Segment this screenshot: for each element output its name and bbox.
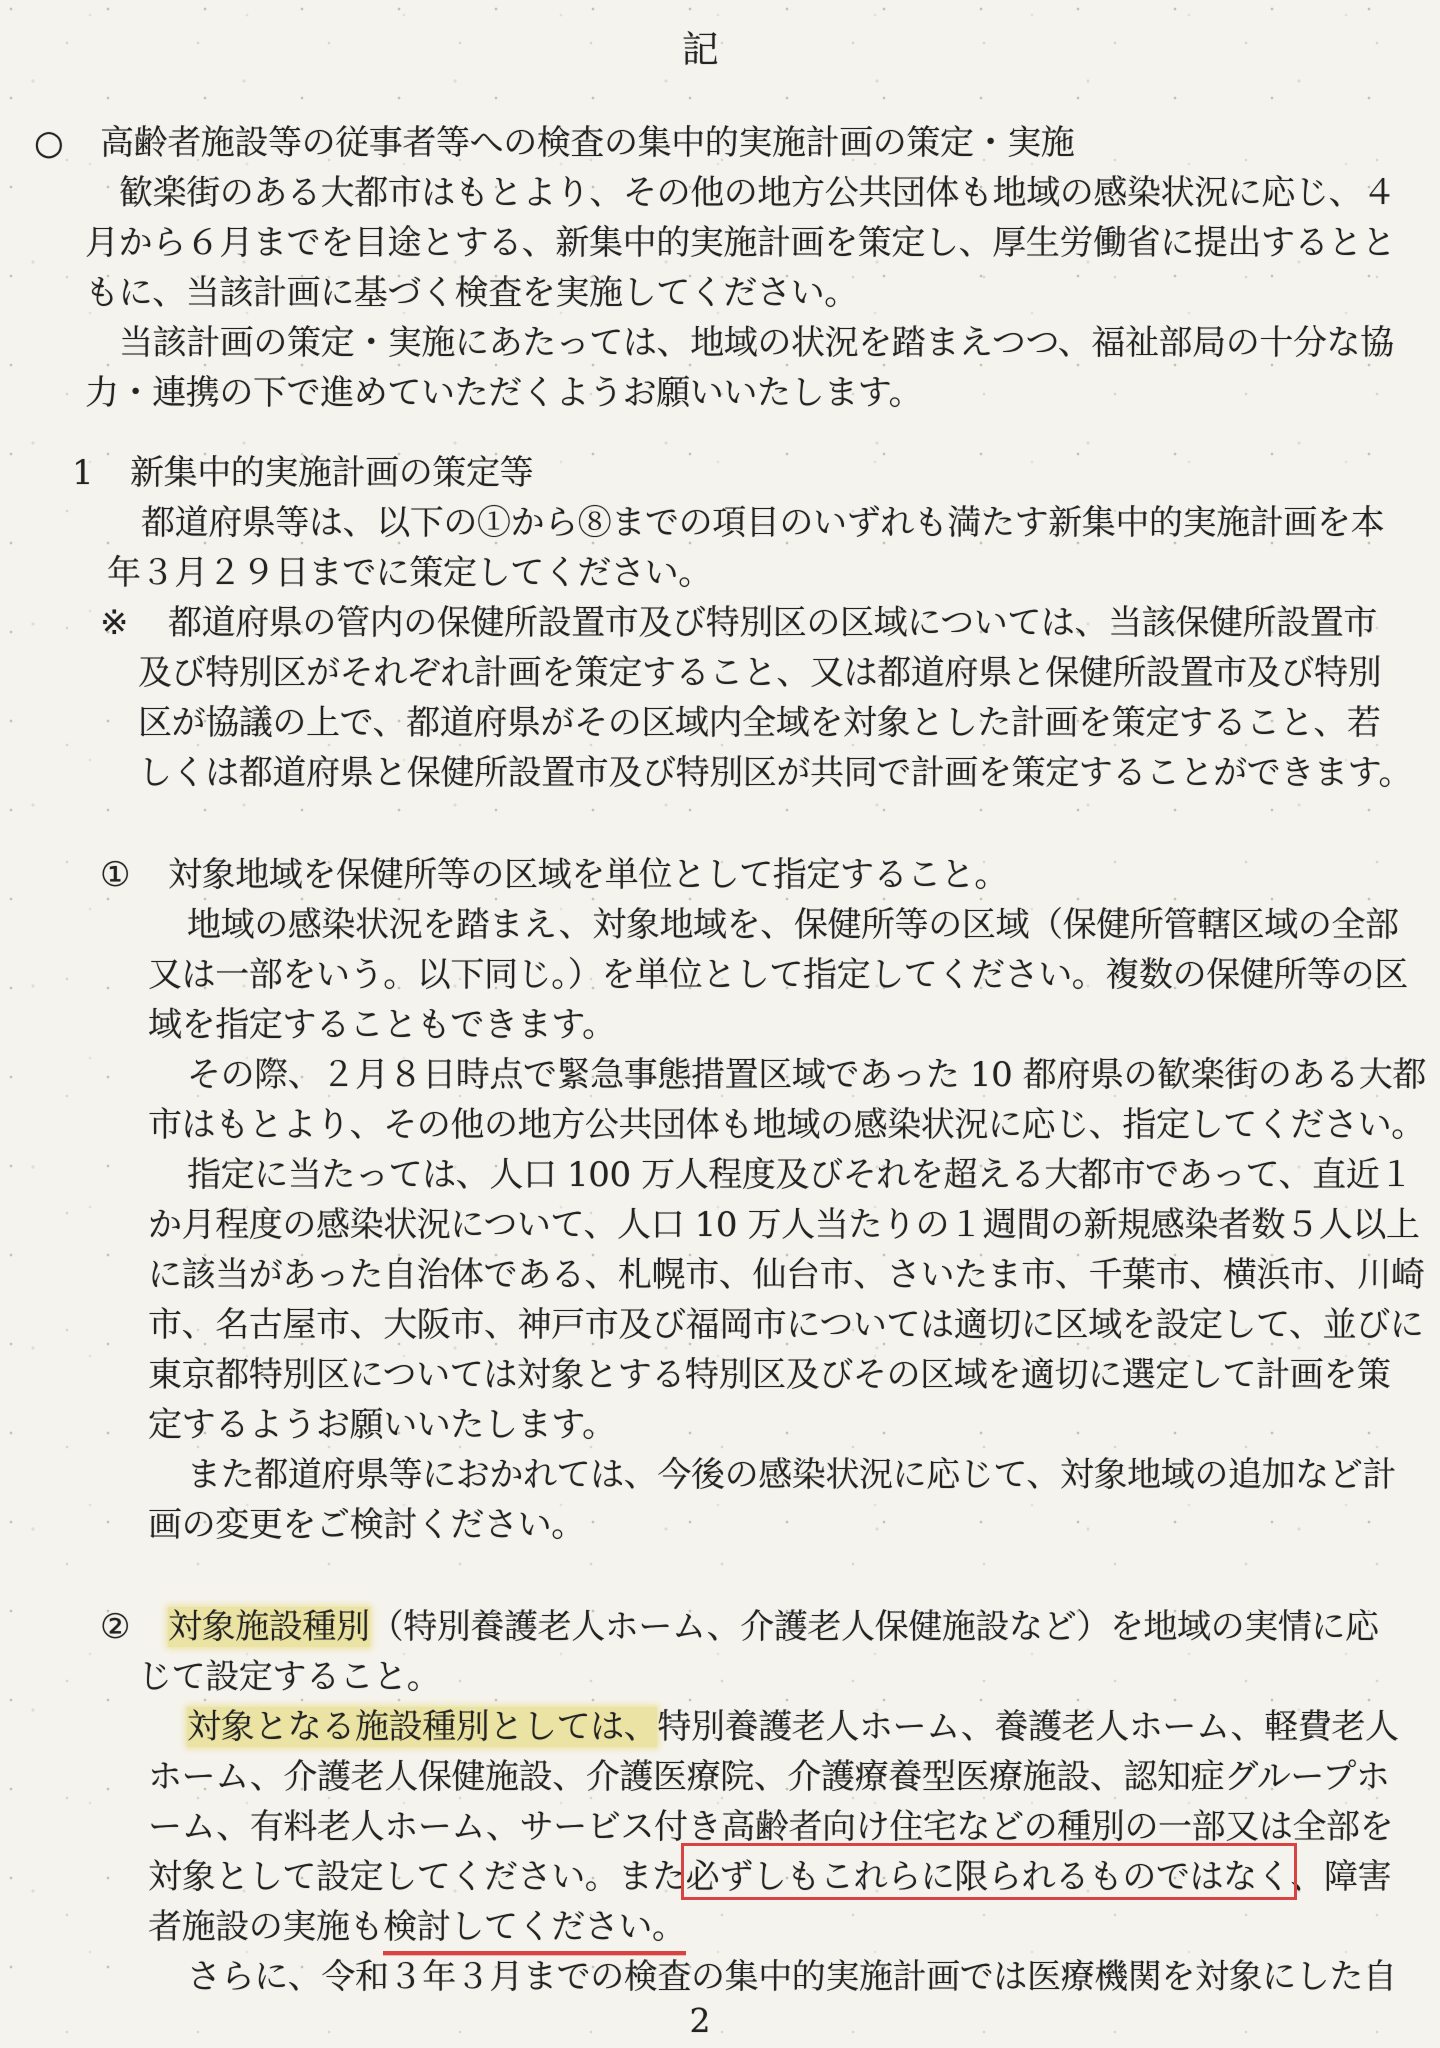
red-annotation-box: 必ずしもこれらに限られるものではなく bbox=[686, 1857, 1291, 1897]
text-line: 定するようお願いいたします。 bbox=[0, 1400, 1440, 1450]
paragraph-facility-type-list: 対象となる施設種別としては、特別養護老人ホーム、養護老人ホーム、軽費老人ホーム、… bbox=[0, 1702, 1440, 1952]
document-body: 記○高齢者施設等の従事者等への検査の集中的実施計画の策定・実施歓楽街のある大都市… bbox=[0, 0, 1440, 2002]
paragraph-welfare-cooperation: 当該計画の策定・実施にあたっては、地域の状況を踏まえつつ、福祉部局の十分な協力・… bbox=[0, 318, 1440, 418]
text-line: 歓楽街のある大都市はもとより、その他の地方公共団体も地域の感染状況に応じ、４ bbox=[0, 168, 1440, 218]
text-segment: 地域の感染状況を踏まえ、対象地域を、保健所等の区域（保健所管轄区域の全部 bbox=[187, 905, 1399, 945]
text-line: か月程度の感染状況について、人口 10 万人当たりの１週間の新規感染者数５人以上 bbox=[0, 1200, 1440, 1250]
section-heading-1: 1新集中的実施計画の策定等 bbox=[0, 448, 1440, 498]
text-segment: 、障害 bbox=[1290, 1857, 1391, 1897]
text-line: 市、名古屋市、大阪市、神戸市及び福岡市については適切に区域を設定して、並びに bbox=[0, 1300, 1440, 1350]
text-segment: （特別養護老人ホーム、介護老人保健施設など）を地域の実情に応 bbox=[370, 1607, 1379, 1647]
item-2-facility-types: ②対象施設種別（特別養護老人ホーム、介護老人保健施設など）を地域の実情に応じて設… bbox=[0, 1602, 1440, 1702]
text-line: さらに、令和３年３月までの検査の集中的実施計画では医療機関を対象にした自 bbox=[0, 1952, 1440, 2002]
note-hokensho-settchi-shi: ※都道府県の管内の保健所設置市及び特別区の区域については、当該保健所設置市及び特… bbox=[0, 598, 1440, 798]
text-line: 対象地域を保健所等の区域を単位として指定すること。 bbox=[0, 850, 1440, 900]
text-segment: しくは都道府県と保健所設置市及び特別区が共同で計画を策定することができます。 bbox=[138, 753, 1412, 793]
text-line: 又は一部をいう。以下同じ。）を単位として指定してください。複数の保健所等の区 bbox=[0, 950, 1440, 1000]
text-segment: 者施設の実施も bbox=[148, 1907, 383, 1947]
text-line: 区が協議の上で、都道府県がその区域内全域を対象とした計画を策定すること、若 bbox=[0, 698, 1440, 748]
text-segment: もに、当該計画に基づく検査を実施してください。 bbox=[85, 273, 858, 313]
red-underline: 検討してください。 bbox=[383, 1907, 685, 1955]
text-segment: か月程度の感染状況について、人口 10 万人当たりの１週間の新規感染者数５人以上 bbox=[148, 1205, 1420, 1245]
list-marker: ○ bbox=[34, 118, 64, 168]
text-segment: 記 bbox=[682, 28, 719, 71]
text-line: じて設定すること。 bbox=[0, 1652, 1440, 1702]
text-segment: 都道府県等は、以下の①から⑧までの項目のいずれも満たす新集中的実施計画を本 bbox=[141, 503, 1384, 543]
text-line: 高齢者施設等の従事者等への検査の集中的実施計画の策定・実施 bbox=[0, 118, 1440, 168]
text-line: 対象となる施設種別としては、特別養護老人ホーム、養護老人ホーム、軽費老人 bbox=[0, 1702, 1440, 1752]
list-marker: ※ bbox=[100, 598, 129, 648]
text-line: しくは都道府県と保健所設置市及び特別区が共同で計画を策定することができます。 bbox=[0, 748, 1440, 798]
text-line: 記 bbox=[0, 22, 1400, 78]
text-line: 都道府県等は、以下の①から⑧までの項目のいずれも満たす新集中的実施計画を本 bbox=[0, 498, 1440, 548]
list-marker: 1 bbox=[72, 448, 94, 498]
item-elderly-facility-testing-plan: ○高齢者施設等の従事者等への検査の集中的実施計画の策定・実施 bbox=[0, 118, 1440, 168]
text-line: 力・連携の下で進めていただくようお願いいたします。 bbox=[0, 368, 1440, 418]
text-segment: 市はもとより、その他の地方公共団体も地域の感染状況に応じ、指定してください。 bbox=[148, 1105, 1425, 1145]
text-segment: 東京都特別区については対象とする特別区及びその区域を適切に選定して計画を策 bbox=[148, 1355, 1391, 1395]
text-segment: 市、名古屋市、大阪市、神戸市及び福岡市については適切に区域を設定して、並びに bbox=[148, 1305, 1423, 1345]
paragraph-plan-submission: 歓楽街のある大都市はもとより、その他の地方公共団体も地域の感染状況に応じ、４月か… bbox=[0, 168, 1440, 318]
list-marker: ① bbox=[100, 850, 130, 900]
text-segment: その際、２月８日時点で緊急事態措置区域であった 10 都府県の歓楽街のある大都 bbox=[187, 1055, 1426, 1095]
text-line: 新集中的実施計画の策定等 bbox=[0, 448, 1440, 498]
text-segment: 域を指定することもできます。 bbox=[148, 1005, 616, 1045]
text-segment: ホーム、介護老人保健施設、介護医療院、介護療養型医療施設、認知症グループホ bbox=[148, 1757, 1390, 1797]
text-line: 都道府県の管内の保健所設置市及び特別区の区域については、当該保健所設置市 bbox=[0, 598, 1440, 648]
text-segment: さらに、令和３年３月までの検査の集中的実施計画では医療機関を対象にした自 bbox=[187, 1957, 1397, 1997]
text-segment: 当該計画の策定・実施にあたっては、地域の状況を踏まえつつ、福祉部局の十分な協 bbox=[119, 323, 1394, 363]
paragraph-plan-changes: また都道府県等におかれては、今後の感染状況に応じて、対象地域の追加など計画の変更… bbox=[0, 1450, 1440, 1550]
text-line: 及び特別区がそれぞれ計画を策定すること、又は都道府県と保健所設置市及び特別 bbox=[0, 648, 1440, 698]
text-line: 当該計画の策定・実施にあたっては、地域の状況を踏まえつつ、福祉部局の十分な協 bbox=[0, 318, 1440, 368]
scanned-document-page: { "page": { "title_mark": "記", "number":… bbox=[0, 0, 1440, 2048]
paragraph-emergency-prefectures: その際、２月８日時点で緊急事態措置区域であった 10 都府県の歓楽街のある大都市… bbox=[0, 1050, 1440, 1150]
page-heading-ki: 記 bbox=[0, 22, 1440, 78]
text-line: ーム、有料老人ホーム、サービス付き高齢者向け住宅などの種別の一部又は全部を bbox=[0, 1802, 1440, 1852]
text-line: 地域の感染状況を踏まえ、対象地域を、保健所等の区域（保健所管轄区域の全部 bbox=[0, 900, 1440, 950]
page-number: 2 bbox=[0, 2001, 1400, 2040]
text-segment: 月から６月までを目途とする、新集中的実施計画を策定し、厚生労働省に提出するとと bbox=[85, 223, 1395, 263]
paragraph-area-units: 地域の感染状況を踏まえ、対象地域を、保健所等の区域（保健所管轄区域の全部又は一部… bbox=[0, 900, 1440, 1050]
text-segment: 定するようお願いいたします。 bbox=[148, 1405, 616, 1445]
paragraph-medical-institutions: さらに、令和３年３月までの検査の集中的実施計画では医療機関を対象にした自 bbox=[0, 1952, 1440, 2002]
text-line: 対象施設種別（特別養護老人ホーム、介護老人保健施設など）を地域の実情に応 bbox=[0, 1602, 1440, 1652]
text-segment: に該当があった自治体である、札幌市、仙台市、さいたま市、千葉市、横浜市、川崎 bbox=[148, 1255, 1424, 1295]
item-1-target-area: ①対象地域を保健所等の区域を単位として指定すること。 bbox=[0, 850, 1440, 900]
text-line: 者施設の実施も検討してください。 bbox=[0, 1902, 1440, 1952]
text-segment: 対象地域を保健所等の区域を単位として指定すること。 bbox=[168, 855, 1008, 895]
text-segment: じて設定すること。 bbox=[138, 1657, 440, 1697]
text-segment: 画の変更をご検討ください。 bbox=[148, 1505, 585, 1545]
text-segment: 歓楽街のある大都市はもとより、その他の地方公共団体も地域の感染状況に応じ、４ bbox=[119, 173, 1396, 213]
text-segment: 区が協議の上で、都道府県がその区域内全域を対象とした計画を策定すること、若 bbox=[138, 703, 1381, 743]
text-segment: 新集中的実施計画の策定等 bbox=[130, 453, 533, 493]
text-line: 市はもとより、その他の地方公共団体も地域の感染状況に応じ、指定してください。 bbox=[0, 1100, 1440, 1150]
text-segment: 指定に当たっては、人口 100 万人程度及びそれを超える大都市であって、直近１ bbox=[187, 1155, 1413, 1195]
text-segment: 都道府県の管内の保健所設置市及び特別区の区域については、当該保健所設置市 bbox=[168, 603, 1377, 643]
text-segment: 年３月２９日までに策定してください。 bbox=[107, 553, 712, 593]
text-line: もに、当該計画に基づく検査を実施してください。 bbox=[0, 268, 1440, 318]
text-segment: 高齢者施設等の従事者等への検査の集中的実施計画の策定・実施 bbox=[100, 123, 1074, 163]
text-segment: ーム、有料老人ホーム、サービス付き高齢者向け住宅などの種別の一部又は全部を bbox=[148, 1807, 1393, 1847]
text-line: 指定に当たっては、人口 100 万人程度及びそれを超える大都市であって、直近１ bbox=[0, 1150, 1440, 1200]
text-segment: 対象として設定してください。また bbox=[148, 1857, 686, 1897]
text-line: 月から６月までを目途とする、新集中的実施計画を策定し、厚生労働省に提出するとと bbox=[0, 218, 1440, 268]
text-line: また都道府県等におかれては、今後の感染状況に応じて、対象地域の追加など計 bbox=[0, 1450, 1440, 1500]
paragraph-deadline: 都道府県等は、以下の①から⑧までの項目のいずれも満たす新集中的実施計画を本年３月… bbox=[0, 498, 1440, 598]
text-segment: 又は一部をいう。以下同じ。）を単位として指定してください。複数の保健所等の区 bbox=[148, 955, 1408, 995]
text-line: 画の変更をご検討ください。 bbox=[0, 1500, 1440, 1550]
text-segment: また都道府県等におかれては、今後の感染状況に応じて、対象地域の追加など計 bbox=[187, 1455, 1396, 1495]
text-line: その際、２月８日時点で緊急事態措置区域であった 10 都府県の歓楽街のある大都 bbox=[0, 1050, 1440, 1100]
list-marker: ② bbox=[100, 1602, 130, 1652]
text-line: ホーム、介護老人保健施設、介護医療院、介護療養型医療施設、認知症グループホ bbox=[0, 1752, 1440, 1802]
text-segment: 特別養護老人ホーム、養護老人ホーム、軽費老人 bbox=[657, 1707, 1398, 1747]
text-line: に該当があった自治体である、札幌市、仙台市、さいたま市、千葉市、横浜市、川崎 bbox=[0, 1250, 1440, 1300]
yellow-highlight: 対象施設種別 bbox=[168, 1607, 370, 1647]
text-line: 年３月２９日までに策定してください。 bbox=[0, 548, 1440, 598]
text-segment: 力・連携の下で進めていただくようお願いいたします。 bbox=[85, 373, 922, 413]
text-line: 東京都特別区については対象とする特別区及びその区域を適切に選定して計画を策 bbox=[0, 1350, 1440, 1400]
yellow-highlight: 対象となる施設種別としては、 bbox=[187, 1707, 657, 1747]
text-line: 対象として設定してください。また必ずしもこれらに限られるものではなく、障害 bbox=[0, 1852, 1440, 1902]
text-segment: 及び特別区がそれぞれ計画を策定すること、又は都道府県と保健所設置市及び特別 bbox=[138, 653, 1381, 693]
paragraph-designated-cities: 指定に当たっては、人口 100 万人程度及びそれを超える大都市であって、直近１か… bbox=[0, 1150, 1440, 1450]
text-line: 域を指定することもできます。 bbox=[0, 1000, 1440, 1050]
